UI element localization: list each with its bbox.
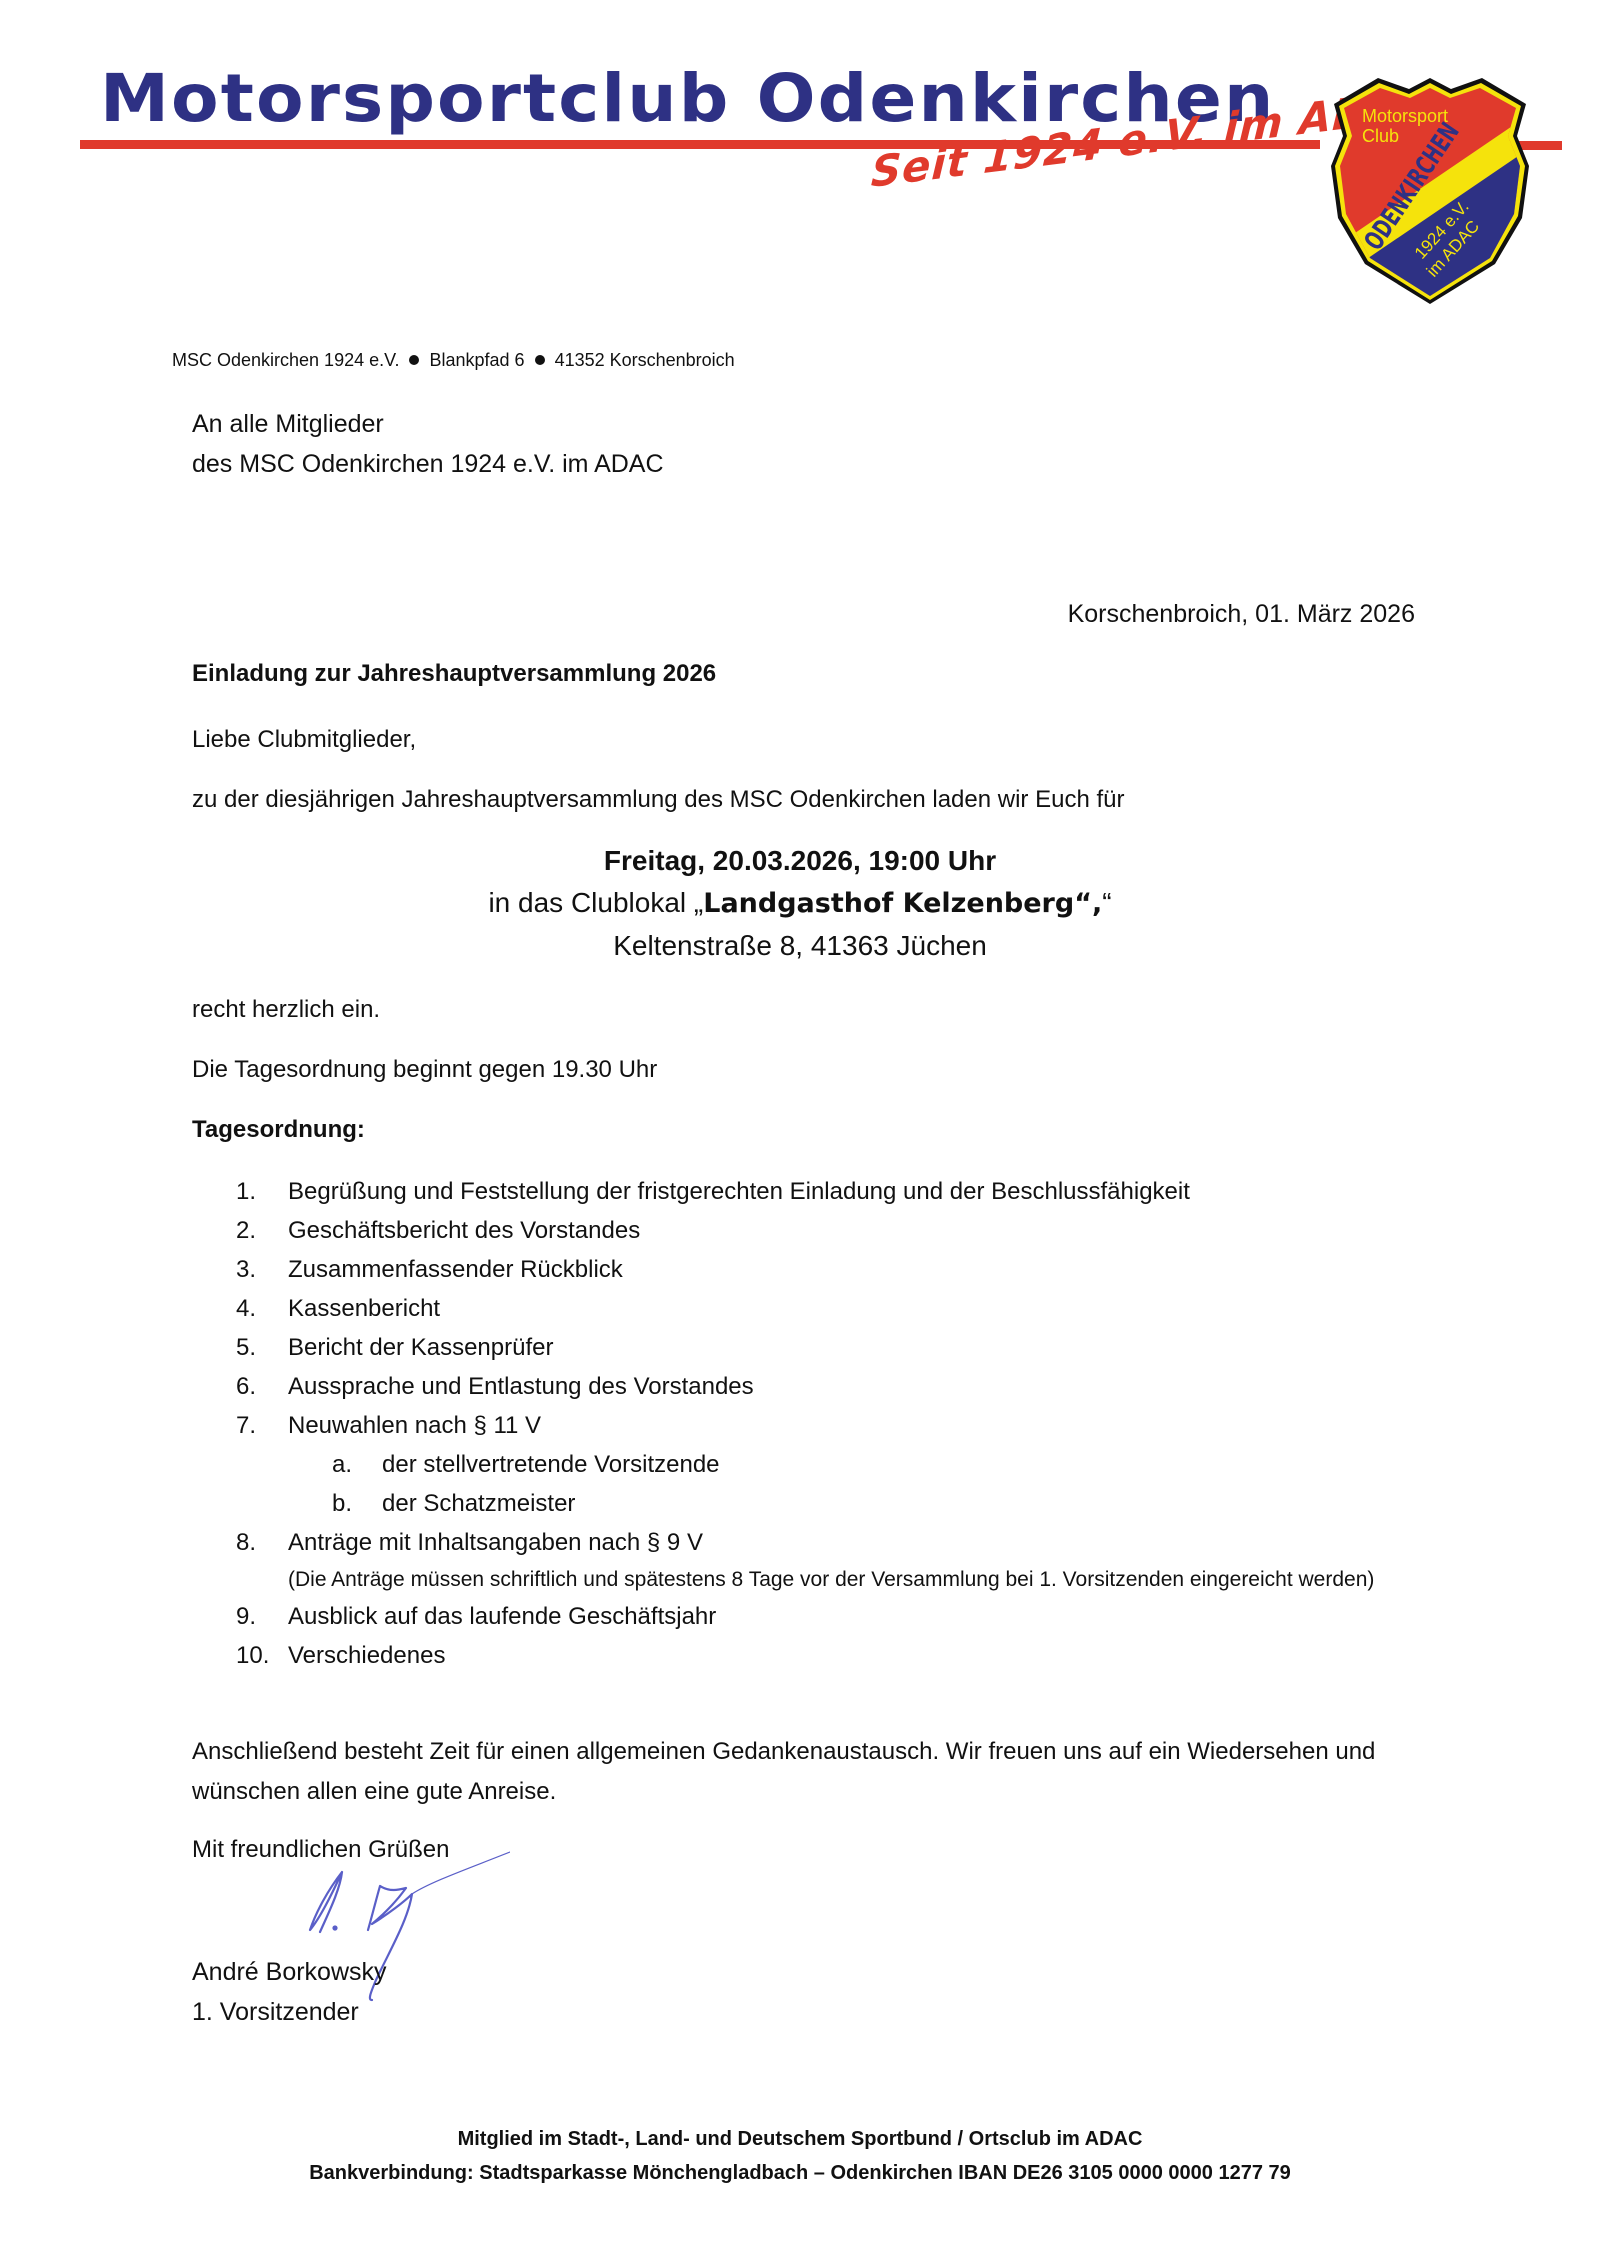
signer-role: 1. Vorsitzender — [192, 1992, 359, 2032]
event-address: Keltenstraße 8, 41363 Jüchen — [0, 925, 1600, 967]
agenda-item-number: 8. — [236, 1523, 288, 1562]
agenda-item-number: 5. — [236, 1328, 288, 1367]
sender-org: MSC Odenkirchen 1924 e.V. — [172, 350, 399, 370]
footer-membership: Mitglied im Stadt-, Land- und Deutschem … — [0, 2122, 1600, 2156]
agenda-subitem-text: der Schatzmeister — [382, 1484, 575, 1523]
sender-street: Blankpfad 6 — [429, 350, 524, 370]
sender-address-line: MSC Odenkirchen 1924 e.V.Blankpfad 64135… — [172, 350, 735, 371]
recipient-block: An alle Mitglieder des MSC Odenkirchen 1… — [192, 404, 664, 484]
signer-name: André Borkowsky — [192, 1952, 387, 1992]
agenda-subitem: b.der Schatzmeister — [236, 1484, 1436, 1523]
agenda-item-number: 3. — [236, 1250, 288, 1289]
farewell-paragraph: Anschließend besteht Zeit für einen allg… — [192, 1732, 1392, 1812]
agenda-item: 10.Verschiedenes — [236, 1636, 1436, 1675]
sender-city: 41352 Korschenbroich — [555, 350, 735, 370]
svg-text:Club: Club — [1362, 126, 1399, 146]
recipient-line-2: des MSC Odenkirchen 1924 e.V. im ADAC — [192, 444, 664, 484]
agenda-item-text: Neuwahlen nach § 11 V — [288, 1406, 541, 1445]
event-details: Freitag, 20.03.2026, 19:00 Uhr in das Cl… — [0, 840, 1600, 967]
agenda-list: 1.Begrüßung und Feststellung der fristge… — [236, 1172, 1436, 1675]
agenda-item-text: Zusammenfassender Rückblick — [288, 1250, 623, 1289]
agenda-item: 9.Ausblick auf das laufende Geschäftsjah… — [236, 1597, 1436, 1636]
agenda-item-number: 7. — [236, 1406, 288, 1445]
agenda-item: 5.Bericht der Kassenprüfer — [236, 1328, 1436, 1367]
venue-prefix: in das Clublokal „ — [488, 887, 703, 918]
event-datetime: Freitag, 20.03.2026, 19:00 Uhr — [0, 840, 1600, 882]
agenda-item-number: 4. — [236, 1289, 288, 1328]
svg-text:Motorsport: Motorsport — [1362, 106, 1448, 126]
bullet-dot-icon — [409, 355, 419, 365]
agenda-item-number: 9. — [236, 1597, 288, 1636]
agenda-item-text: Ausblick auf das laufende Geschäftsjahr — [288, 1597, 716, 1636]
agenda-subitem: a.der stellvertretende Vorsitzende — [236, 1445, 1436, 1484]
agenda-item-text: Anträge mit Inhaltsangaben nach § 9 V — [288, 1523, 703, 1562]
intro-paragraph: zu der diesjährigen Jahreshauptversammlu… — [192, 780, 1124, 820]
bullet-dot-icon — [535, 355, 545, 365]
agenda-item-text: Verschiedenes — [288, 1636, 445, 1675]
agenda-heading: Tagesordnung: — [192, 1110, 365, 1150]
agenda-item-number: 6. — [236, 1367, 288, 1406]
footer-bank-details: Bankverbindung: Stadtsparkasse Mönchengl… — [0, 2156, 1600, 2190]
venue-suffix: “ — [1102, 887, 1111, 918]
place-date: Korschenbroich, 01. März 2026 — [1068, 600, 1415, 629]
recipient-line-1: An alle Mitglieder — [192, 404, 664, 444]
agenda-item-number: 2. — [236, 1211, 288, 1250]
agenda-item: 4.Kassenbericht — [236, 1289, 1436, 1328]
agenda-item: 3.Zusammenfassender Rückblick — [236, 1250, 1436, 1289]
letter-subject: Einladung zur Jahreshauptversammlung 202… — [192, 660, 716, 688]
agenda-item-text: Kassenbericht — [288, 1289, 440, 1328]
agenda-item: 8.Anträge mit Inhaltsangaben nach § 9 V — [236, 1523, 1436, 1562]
agenda-item-text: Aussprache und Entlastung des Vorstandes — [288, 1367, 754, 1406]
agenda-item-number: 1. — [236, 1172, 288, 1211]
agenda-item-note: (Die Anträge müssen schriftlich und spät… — [236, 1562, 1388, 1597]
agenda-subitem-text: der stellvertretende Vorsitzende — [382, 1445, 720, 1484]
agenda-subitem-letter: b. — [332, 1484, 382, 1523]
agenda-item-number: 10. — [236, 1636, 288, 1675]
agenda-item: 7.Neuwahlen nach § 11 V — [236, 1406, 1436, 1445]
letter-footer: Mitglied im Stadt-, Land- und Deutschem … — [0, 2122, 1600, 2190]
invite-closing: recht herzlich ein. — [192, 990, 380, 1030]
club-crest-logo: Motorsport Club ODENKIRCHEN 1924 e.V. im… — [1330, 74, 1530, 306]
salutation: Liebe Clubmitglieder, — [192, 720, 416, 760]
agenda-item: 6.Aussprache und Entlastung des Vorstand… — [236, 1367, 1436, 1406]
agenda-item: 2.Geschäftsbericht des Vorstandes — [236, 1211, 1436, 1250]
agenda-subitem-letter: a. — [332, 1445, 382, 1484]
venue-name: Landgasthof Kelzenberg“, — [703, 888, 1102, 919]
agenda-item: 1.Begrüßung und Feststellung der fristge… — [236, 1172, 1436, 1211]
agenda-start-time: Die Tagesordnung beginnt gegen 19.30 Uhr — [192, 1050, 657, 1090]
agenda-item-text: Geschäftsbericht des Vorstandes — [288, 1211, 640, 1250]
event-venue: in das Clublokal „Landgasthof Kelzenberg… — [0, 882, 1600, 925]
agenda-item-text: Bericht der Kassenprüfer — [288, 1328, 553, 1367]
agenda-item-text: Begrüßung und Feststellung der fristgere… — [288, 1172, 1190, 1211]
